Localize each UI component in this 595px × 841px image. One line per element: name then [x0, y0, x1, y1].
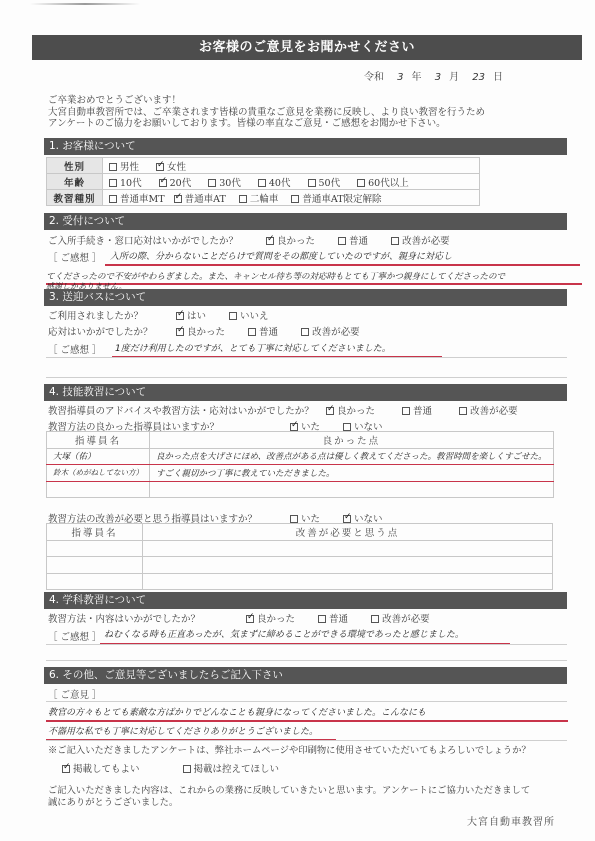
checkbox-age-40s[interactable]: 40代 [258, 175, 291, 189]
checkbox-icon [301, 328, 309, 336]
table-row-gender: 性別 男性 女性 [47, 158, 480, 174]
checkbox-classroom-good[interactable]: 良かった [246, 611, 295, 625]
page-title: お客様のご意見をお聞かせください [32, 35, 582, 60]
instructor-name-cell[interactable]: 鈴木（めがねしてない方） [47, 465, 150, 482]
course-options: 普通車MT 普通車AT 二輪車 普通車AT限定解除 [103, 190, 480, 206]
comment-label: ［ ご感想 ］ [48, 342, 102, 356]
checkbox-classroom-normal[interactable]: 普通 [318, 611, 348, 625]
checkbox-mt[interactable]: 普通車MT [109, 191, 165, 205]
table-row-course: 教習種別 普通車MT 普通車AT 二輪車 普通車AT限定解除 [47, 190, 480, 206]
good-point-cell[interactable]: 良かった点を大げさにほめ、改善点がある点は優しく教えてくださった。教習時間を楽し… [150, 448, 554, 465]
row-label: 教習種別 [47, 190, 103, 206]
checkbox-age-50s[interactable]: 50代 [308, 175, 341, 189]
improvement-point-cell[interactable] [143, 540, 553, 557]
publish-question: ※ご記入いただきましたアンケートは、弊社ホームページや印刷物に使用させていただい… [48, 745, 531, 757]
column-header-instructor: 指導員名 [47, 432, 150, 449]
table-row [47, 557, 553, 574]
instructor-advice-question: 教習指導員のアドバイスや教習方法・応対はいかがでしたか？ 良かった 普通 改善が… [48, 403, 314, 417]
bus-usage-question: ご利用されましたか？ はい いいえ [48, 308, 143, 322]
checkbox-icon [258, 179, 266, 187]
improvement-point-cell[interactable] [143, 557, 553, 574]
checkbox-checked-icon [290, 423, 298, 431]
closing-line: 誠にありがとうございました。 [48, 797, 530, 809]
checkbox-age-20s[interactable]: 20代 [159, 175, 192, 189]
date: 令和 3年 3月 23日 [364, 68, 503, 83]
section-heading-shuttle-bus: 3. 送迎バスについて [44, 289, 567, 306]
date-month-unit: 月 [449, 72, 459, 83]
date-era: 令和 [364, 72, 384, 83]
checkbox-icon [229, 312, 237, 320]
intro-line: 大宮自動車教習所では、ご卒業されます皆様の貴重なご意見を業務に反映し、より良い教… [48, 107, 485, 119]
table-header-row: 指導員名 改善が必要と思う点 [47, 524, 553, 541]
divider [46, 701, 567, 702]
checkbox-icon [308, 179, 316, 187]
instructor-name-cell[interactable]: 大塚（佑） [47, 448, 150, 465]
improve-instructor-table: 指導員名 改善が必要と思う点 [46, 523, 553, 590]
checkbox-instructor-good[interactable]: 良かった [326, 403, 375, 417]
checkbox-reception-improve[interactable]: 改善が必要 [391, 233, 450, 247]
date-year-unit: 年 [412, 72, 422, 83]
comment-label: ［ ご意見 ］ [48, 687, 102, 701]
checkbox-bus-good[interactable]: 良かった [176, 324, 225, 338]
comment-label: ［ ご感想 ］ [48, 250, 102, 264]
checkbox-icon [208, 179, 216, 187]
column-header-improvement-points: 改善が必要と思う点 [143, 524, 553, 541]
instructor-name-cell[interactable] [47, 557, 143, 574]
column-header-good-points: 良かった点 [150, 432, 554, 449]
instructor-name-cell[interactable] [47, 481, 150, 498]
checkbox-checked-icon [159, 179, 167, 187]
section-heading-customer: 1. お客様について [44, 138, 567, 155]
divider [46, 377, 567, 378]
checkbox-age-60s-plus[interactable]: 60代以上 [357, 175, 409, 189]
checkbox-bus-improve[interactable]: 改善が必要 [301, 324, 360, 338]
classroom-comment[interactable]: ねむくなる時も正直あったが、気まずに締めることができる環境であったと感じました。 [104, 627, 524, 640]
section-heading-classroom-lessons: 4. 学科教習について [44, 592, 567, 609]
divider [46, 644, 567, 645]
checkbox-instructor-normal[interactable]: 普通 [402, 403, 432, 417]
underline [105, 264, 580, 266]
checkbox-checked-icon [62, 765, 70, 773]
checkbox-checked-icon [343, 515, 351, 523]
checkbox-icon [459, 407, 467, 415]
reception-comment-line[interactable]: 入所の際、分からないことだらけで質問をその都度していたのですが、親身に対応し [110, 249, 580, 262]
checkbox-motorcycle[interactable]: 二輪車 [239, 191, 279, 205]
checkbox-checked-icon [174, 195, 182, 203]
intro-line: アンケートのご協力をお願いしております。皆様の率直なご意見・ご感想をお聞かせ下さ… [48, 118, 485, 130]
row-label: 年齢 [47, 174, 103, 190]
checkbox-checked-icon [156, 163, 164, 171]
checkbox-age-30s[interactable]: 30代 [208, 175, 241, 189]
section-heading-reception: 2. 受付について [44, 213, 567, 230]
underline [46, 720, 568, 722]
checkbox-checked-icon [246, 615, 254, 623]
date-day: 23 [472, 72, 485, 83]
checkbox-icon [248, 328, 256, 336]
customer-info-table: 性別 男性 女性 年齢 10代 20代 30代 40代 50代 60代以上 教習… [46, 157, 480, 206]
checkbox-icon [391, 237, 399, 245]
table-row [47, 481, 554, 498]
other-comment-line[interactable]: 教官の方々もとても素敵な方ばかりでどんなことも親身になってくださいました。こんな… [48, 705, 568, 718]
checkbox-icon [290, 515, 298, 523]
table-header-row: 指導員名 良かった点 [47, 432, 554, 449]
table-row [47, 573, 553, 590]
checkbox-icon [338, 237, 346, 245]
closing-text: ご記入いただきました内容は、これからの業務に反映していきたいと思います。アンケー… [48, 785, 530, 809]
other-comment-line[interactable]: 不器用な私でも丁寧に対応してくださりありがとうございました。 [48, 724, 388, 737]
checkbox-bus-normal[interactable]: 普通 [248, 324, 278, 338]
age-options: 10代 20代 30代 40代 50代 60代以上 [103, 174, 480, 190]
intro-line: ご卒業おめでとうございます！ [48, 95, 485, 107]
checkbox-bus-yes[interactable]: はい [176, 308, 206, 322]
closing-line: ご記入いただきました内容は、これからの業務に反映していきたいと思います。アンケー… [48, 785, 530, 797]
school-name: 大宮自動車教習所 [467, 813, 555, 828]
checkbox-classroom-improve[interactable]: 改善が必要 [371, 611, 430, 625]
gender-options: 男性 女性 [103, 158, 480, 174]
checkbox-male[interactable]: 男性 [109, 159, 139, 173]
classroom-question: 教習方法・内容はいかがでしたか？ 良かった 普通 改善が必要 [48, 611, 200, 625]
section-heading-other-comments: 6. その他、ご意見等ございましたらご記入下さい [44, 667, 567, 684]
table-row-age: 年齢 10代 20代 30代 40代 50代 60代以上 [47, 174, 480, 190]
instructor-name-cell[interactable] [47, 540, 143, 557]
intro-text: ご卒業おめでとうございます！ 大宮自動車教習所では、ご卒業されます皆様の貴重なご… [48, 95, 485, 130]
checkbox-at-limit-removal[interactable]: 普通車AT限定解除 [291, 191, 381, 205]
checkbox-icon [109, 163, 117, 171]
checkbox-publish-decline[interactable]: 掲載は控えてほしい [183, 761, 280, 775]
improvement-point-cell[interactable] [143, 573, 553, 590]
checkbox-checked-icon [176, 328, 184, 336]
bus-comment[interactable]: 1度だけ利用したのですが、とても丁寧に対応してくださいました。 [115, 341, 515, 354]
checkbox-icon [371, 615, 379, 623]
date-year: 3 [397, 72, 403, 83]
date-month: 3 [435, 72, 441, 83]
comment-label: ［ ご感想 ］ [48, 629, 102, 643]
divider [46, 740, 567, 741]
checkbox-at[interactable]: 普通車AT [174, 191, 226, 205]
divider [46, 357, 567, 358]
checkbox-icon [357, 179, 365, 187]
date-day-unit: 日 [493, 72, 503, 83]
table-row: 鈴木（めがねしてない方） すごく親切かつ丁寧に教えていただきました。 [47, 465, 554, 482]
checkbox-icon [183, 765, 191, 773]
checkbox-icon [343, 423, 351, 431]
table-row [47, 540, 553, 557]
checkbox-icon [291, 195, 299, 203]
checkbox-publish-ok[interactable]: 掲載してもよい [62, 761, 140, 775]
table-row: 大塚（佑） 良かった点を大げさにほめ、改善点がある点は優しく教えてくださった。教… [47, 448, 554, 465]
checkbox-bus-no[interactable]: いいえ [229, 308, 269, 322]
divider [46, 660, 567, 661]
checkbox-icon [109, 179, 117, 187]
good-point-cell[interactable] [150, 481, 554, 498]
checkbox-icon [239, 195, 247, 203]
publish-options: 掲載してもよい 掲載は控えてほしい [62, 761, 293, 775]
checkbox-icon [402, 407, 410, 415]
good-instructor-table: 指導員名 良かった点 大塚（佑） 良かった点を大げさにほめ、改善点がある点は優し… [46, 431, 554, 498]
checkbox-reception-good[interactable]: 良かった [266, 233, 315, 247]
checkbox-age-10s[interactable]: 10代 [109, 175, 142, 189]
checkbox-checked-icon [326, 407, 334, 415]
reception-question: ご入所手続き・窓口応対はいかがでしたか？ 良かった 普通 改善が必要 [48, 233, 238, 247]
checkbox-instructor-improve[interactable]: 改善が必要 [459, 403, 518, 417]
checkbox-checked-icon [176, 312, 184, 320]
checkbox-reception-normal[interactable]: 普通 [338, 233, 368, 247]
good-point-cell[interactable]: すごく親切かつ丁寧に教えていただきました。 [150, 465, 554, 482]
row-label: 性別 [47, 158, 103, 174]
section-heading-driving-lessons: 4. 技能教習について [44, 384, 567, 401]
column-header-instructor: 指導員名 [47, 524, 143, 541]
checkbox-checked-icon [266, 237, 274, 245]
checkbox-female[interactable]: 女性 [156, 159, 186, 173]
checkbox-icon [109, 195, 117, 203]
bus-service-question: 応対はいかがでしたか？ 良かった 普通 改善が必要 [48, 324, 153, 338]
checkbox-icon [318, 615, 326, 623]
scan-artifact [30, 3, 140, 5]
instructor-name-cell[interactable] [47, 573, 143, 590]
